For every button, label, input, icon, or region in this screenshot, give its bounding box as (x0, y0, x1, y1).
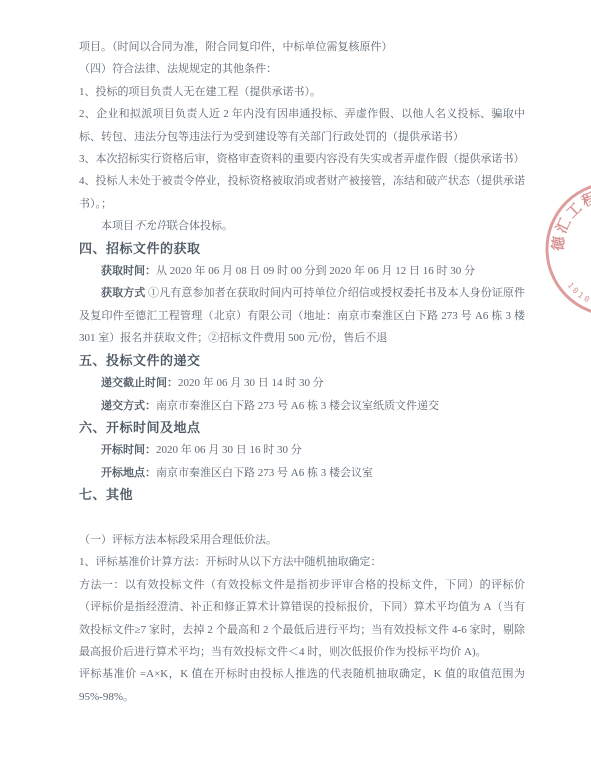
document-body: 项目。（时间以合同为准，附合同复印件，中标单位需复核原件）（四）符合法律、法规规… (79, 36, 525, 708)
para-condition-1: 1、投标的项目负责人无在建工程（提供承诺书）。 (79, 81, 525, 103)
para-eval-method: （一）评标方法本标段采用合理低价法。 (79, 529, 525, 551)
blank-line (79, 507, 525, 529)
heading-section-4: 四、招标文件的获取 (79, 238, 525, 260)
heading-section-5: 五、投标文件的递交 (79, 350, 525, 372)
emphasized-text: 不允许 (134, 220, 167, 232)
company-seal-stamp: 德汇工程管 101061 (540, 176, 591, 322)
heading-section-6: 六、开标时间及地点 (79, 417, 525, 439)
para-submit-method: 递交方式：南京市秦淮区白下路 273 号 A6 栋 3 楼会议室纸质文件递交 (79, 395, 525, 417)
field-label: 开标时间： (101, 444, 156, 456)
field-label: 获取时间： (101, 265, 156, 277)
field-label: 递交截止时间： (101, 377, 178, 389)
para-contract-note: 项目。（时间以合同为准，附合同复印件，中标单位需复核原件） (79, 36, 525, 58)
para-obtain-method: 获取方式 ①凡有意参加者在获取时间内可持单位介绍信或授权委托书及本人身份证原件及… (79, 282, 525, 349)
field-label: 开标地点： (101, 467, 156, 479)
seal-ring (547, 183, 591, 315)
para-condition-4: 4、投标人未处于被责令停业，投标资格被取消或者财产被接管，冻结和破产状态（提供承… (79, 170, 525, 215)
para-open-time: 开标时间：2020 年 06 月 30 日 16 时 30 分 (79, 439, 525, 461)
para-condition-2: 2、企业和拟派项目负责人近 2 年内没有因串通投标、弄虚作假、以他人名义投标、骗… (79, 103, 525, 148)
para-benchmark-formula: 评标基准价 =A×K，K 值在开标时由投标人推选的代表随机抽取确定，K 值的取值… (79, 663, 525, 708)
para-benchmark-intro: 1、评标基准价计算方法：开标时从以下方法中随机抽取确定： (79, 551, 525, 573)
para-submit-deadline: 递交截止时间：2020 年 06 月 30 日 14 时 30 分 (79, 372, 525, 394)
field-label: 递交方式： (101, 400, 156, 412)
heading-section-7: 七、其他 (79, 484, 525, 506)
para-other-conditions-title: （四）符合法律、法规规定的其他条件： (79, 58, 525, 80)
para-method-1: 方法一：以有效投标文件（有效投标文件是指初步评审合格的投标文件，下同）的评标价（… (79, 574, 525, 664)
para-condition-3: 3、本次招标实行资格后审，资格审查资料的重要内容没有失实或者弄虚作假（提供承诺书… (79, 148, 525, 170)
seal-serial-number: 101061 (566, 281, 591, 310)
document-page: 项目。（时间以合同为准，附合同复印件，中标单位需复核原件）（四）符合法律、法规规… (0, 0, 591, 776)
seal-company-arc-text: 德汇工程管 (548, 184, 591, 251)
para-no-consortium: 本项目不允许联合体投标。 (79, 215, 525, 237)
para-obtain-time: 获取时间：从 2020 年 06 月 08 日 09 时 00 分到 2020 … (79, 260, 525, 282)
field-label: 获取方式 (101, 287, 145, 299)
para-open-place: 开标地点：南京市秦淮区白下路 273 号 A6 栋 3 楼会议室 (79, 462, 525, 484)
